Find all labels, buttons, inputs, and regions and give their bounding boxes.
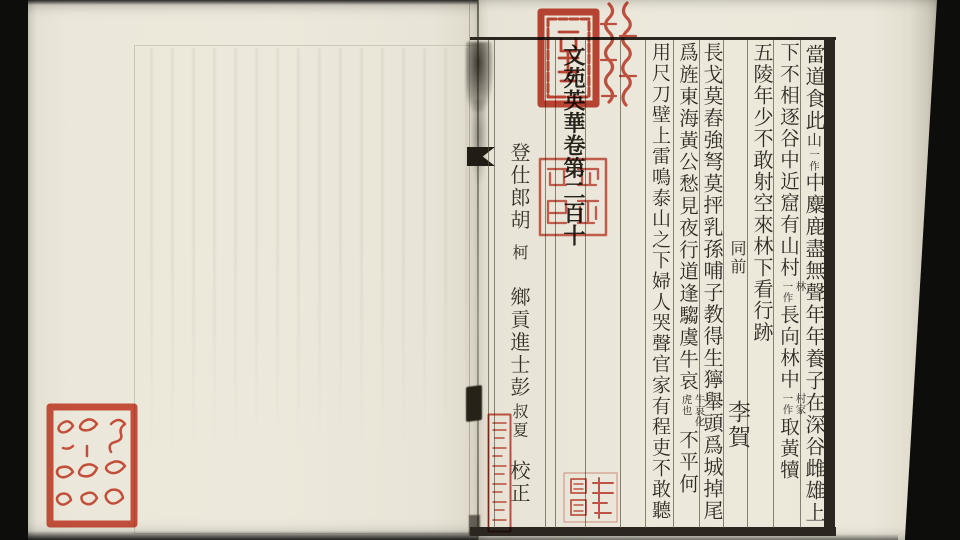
poem-text: 不平何: [676, 429, 699, 495]
collector-seal-top-outer: [537, 8, 600, 108]
variant-note: 村家一作: [782, 391, 806, 417]
poem-text: 麋鹿盡無聲年年養子在深谷雌雄上: [802, 194, 826, 524]
column-rule: [545, 40, 546, 528]
poem-text: 當道食此: [802, 44, 826, 132]
column-rule: [673, 40, 674, 528]
poem-text: 中: [802, 172, 826, 194]
page-top-shadow: [28, 0, 478, 5]
poem-column-5: 爲旌東海黃公愁見夜行道逢騶虞牛哀牛哀化虎也不平何: [675, 42, 705, 495]
variant-note-right: 村家: [795, 393, 806, 415]
spacer: [519, 232, 520, 244]
poem-text: 長向林中: [777, 305, 800, 391]
commentary-note-left: 虎也: [681, 394, 692, 427]
seal-script-glyphs: [596, 0, 641, 115]
collector-seal-over-title: [538, 157, 608, 237]
poem-text: 用尺刀壁上雷鳴泰山之下婦人哭聲官家有程吏不敢聽: [649, 42, 671, 520]
collector-seal-bottom-center: [563, 472, 618, 523]
seal-script-glyphs: [538, 157, 608, 237]
seal-script-glyphs: [563, 472, 618, 523]
colophon-text: 鄉貢進士彭: [507, 287, 531, 400]
poem-heading-column: 同前李賀: [725, 42, 749, 450]
spacer: [737, 42, 738, 240]
page-bottom-shadow: [28, 531, 478, 540]
column-rule: [645, 40, 646, 528]
collector-seal-left-page: [45, 402, 139, 529]
text-frame-border-bottom: [470, 527, 836, 536]
spacer: [737, 276, 738, 400]
seal-script-glyphs: [45, 402, 139, 529]
variant-note-left: 一作: [782, 393, 793, 415]
variant-note: 一作: [808, 149, 820, 172]
seal-script-glyphs: [537, 8, 600, 108]
poem-title: 同前: [728, 240, 747, 276]
spacer: [519, 440, 520, 460]
commentary-note: 牛哀化虎也: [681, 392, 705, 429]
poem-column-6: 用尺刀壁上雷鳴泰山之下婦人哭聲官家有程吏不敢聽: [648, 42, 672, 520]
text-frame-border-top: [470, 37, 836, 40]
column-rule: [555, 40, 556, 528]
commentary-note-right: 牛哀化: [694, 394, 705, 427]
binding-stitch-mark: [466, 385, 482, 422]
poem-text: 取黃犢: [777, 417, 800, 482]
collector-seal-top-inner: [596, 0, 641, 115]
variant-char: 山: [805, 132, 823, 149]
colophon-text: 登仕郎胡: [507, 142, 531, 232]
poem-text: 下不相逐谷中近窟有山村: [777, 42, 800, 279]
variant-note: 林一作: [782, 279, 806, 305]
poem-author: 李賀: [724, 400, 750, 450]
ink-smudge: [470, 100, 488, 185]
colophon-name: 柯: [510, 244, 529, 263]
variant-note-left: 一作: [782, 281, 793, 303]
show-through-text-columns: [150, 48, 490, 468]
colophon-name: 叔夏: [510, 403, 529, 440]
poem-text: 五陵年少不敢射空來林下看行跡: [750, 42, 774, 343]
poem-column-2: 下不相逐谷中近窟有山村林一作長向林中村家一作取黃犢: [776, 42, 806, 481]
seal-script-glyphs: [487, 413, 512, 533]
variant-note-right: 林: [795, 281, 806, 303]
spacer: [519, 263, 520, 287]
poem-text: 爲旌東海黃公愁見夜行道逢騶虞牛哀: [676, 42, 699, 392]
poem-column-3: 五陵年少不敢射空來林下看行跡: [750, 42, 774, 343]
photograph-open-book: { "colors": { "background": "#0d0d0c", "…: [0, 0, 960, 540]
collector-seal-spine: [487, 413, 512, 533]
